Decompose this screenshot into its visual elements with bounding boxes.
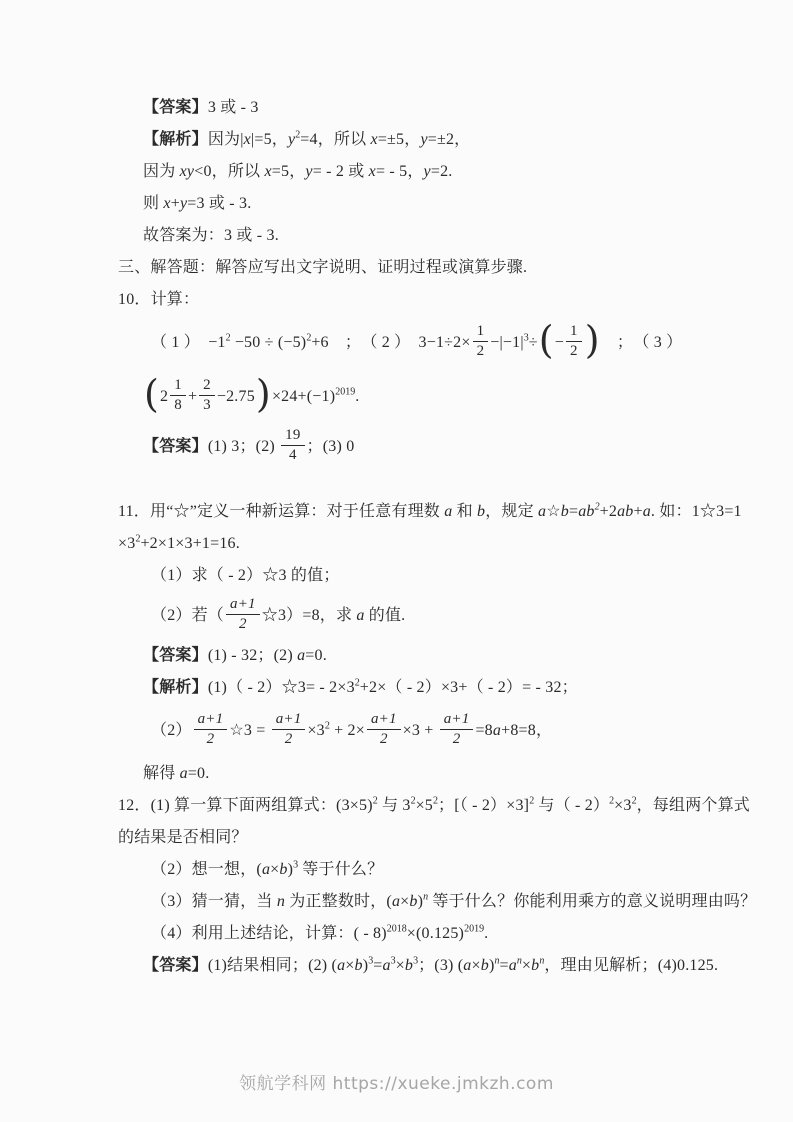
- math-variable: a: [262, 861, 270, 878]
- math-variable: xy: [180, 163, 195, 180]
- text-run: +6 ； （ 2 ） 3−1÷2×: [311, 334, 470, 351]
- q11-answer: 【答案】(1) - 32；(2) a=0.: [118, 640, 763, 672]
- text-run: 11．用“☆”定义一种新运算：对于任意有理数: [118, 503, 444, 520]
- math-variable: ab: [617, 503, 633, 520]
- text-run: （1）求（ - 2）☆3 的值；: [151, 567, 340, 584]
- math-variable: x: [163, 195, 170, 212]
- text-run: = - 5，: [376, 163, 424, 180]
- math-variable: a: [463, 957, 471, 974]
- text-run: ×24+(−1): [272, 388, 335, 405]
- text-run: =: [499, 957, 508, 974]
- text-run: =0.: [188, 765, 210, 782]
- text-run: =: [569, 503, 578, 520]
- q9-analysis-3: 则 x+y=3 或 - 3.: [118, 188, 763, 220]
- big-paren: ): [585, 323, 600, 357]
- math-variable: b: [409, 893, 417, 910]
- watermark-text: 领航学科网 https://xueke.jmkzh.com: [239, 1074, 554, 1094]
- text-run: 3 或 - 3: [208, 99, 259, 116]
- q12-statement-2: 的结果是否相同？: [118, 822, 763, 854]
- math-variable: y: [424, 163, 431, 180]
- math-variable: b: [405, 957, 413, 974]
- text-run: ×: [270, 861, 279, 878]
- q9-analysis-2: 因为 xy<0，所以 x=5，y= - 2 或 x= - 5，y=2.: [118, 156, 763, 188]
- text-run: 故答案为：3 或 - 3.: [143, 227, 279, 244]
- text-run: 等于什么？: [298, 861, 383, 878]
- text-run: . 如：1☆3=1: [651, 503, 742, 520]
- text-run: （3）猜一猜，当: [151, 893, 277, 910]
- text-run: =0.: [305, 647, 327, 664]
- text-run: ☆3 =: [229, 722, 269, 739]
- text-run: +2: [600, 503, 617, 520]
- text-run: ×: [522, 957, 531, 974]
- q12-part4: （4）利用上述结论，计算：( - 8)2018×(0.125)2019.: [118, 918, 763, 950]
- q11-statement-2: ×32+2×1×3+1=16.: [118, 528, 763, 560]
- text-run: =5，: [272, 163, 306, 180]
- q10-answer: 【答案】(1) 3；(2) 194；(3) 0: [118, 424, 763, 470]
- text-run: + 2×: [330, 722, 365, 739]
- text-run: ☆: [546, 503, 561, 520]
- math-variable: b: [279, 861, 287, 878]
- text-run: ×3: [307, 722, 324, 739]
- text-run: ×3 +: [403, 722, 438, 739]
- math-variable: a: [392, 893, 400, 910]
- math-variable: a: [356, 607, 364, 624]
- math-variable: y: [305, 163, 312, 180]
- bold-label: 【答案】: [143, 438, 208, 455]
- bold-label: 【答案】: [143, 957, 208, 974]
- q10-expressions: （ 1 ） −12 −50 ÷ (−5)2+6 ； （ 2 ） 3−1÷2×12…: [118, 316, 763, 370]
- text-run: 10．计算：: [118, 291, 199, 308]
- math-variable: n: [277, 893, 285, 910]
- bold-label: 【解析】: [143, 131, 208, 148]
- text-run: 因为: [143, 163, 180, 180]
- text-run: 等于什么？你能利用乘方的意义说明理由吗？: [428, 893, 756, 910]
- math-variable: x: [371, 131, 378, 148]
- text-run: −: [555, 334, 564, 351]
- fraction: a+12: [226, 596, 260, 632]
- math-variable: a: [180, 765, 188, 782]
- site-watermark: 领航学科网 https://xueke.jmkzh.com: [0, 1069, 793, 1094]
- superscript: 2019: [464, 924, 484, 935]
- q9-answer: 【答案】3 或 - 3: [118, 92, 763, 124]
- text-run: (1)结果相同；(2) (: [208, 957, 337, 974]
- fraction: a+12: [272, 711, 306, 747]
- text-run: （2）若（: [151, 607, 224, 624]
- q10-title: 10．计算：: [118, 284, 763, 316]
- math-variable: x: [369, 163, 376, 180]
- q10-expression-3: (218+23−2.75)×24+(−1)2019.: [118, 370, 763, 424]
- fraction: 23: [199, 377, 215, 413]
- text-run: ，理由见解析；(4)0.125.: [544, 957, 718, 974]
- text-run: =±5，: [378, 131, 421, 148]
- math-variable: a: [509, 957, 517, 974]
- q11-statement-1: 11．用“☆”定义一种新运算：对于任意有理数 a 和 b，规定 a☆b=ab2+…: [118, 496, 763, 528]
- text-run: 与 3: [378, 797, 411, 814]
- math-variable: a: [382, 957, 390, 974]
- text-run: +2×1×3+1=16.: [140, 535, 240, 552]
- big-paren: ): [256, 377, 271, 411]
- text-run: ÷: [529, 334, 538, 351]
- text-run: .: [355, 388, 359, 405]
- text-run: ×(0.125): [407, 925, 464, 942]
- text-run: ； （ 3 ）: [601, 334, 683, 351]
- q12-part3: （3）猜一猜，当 n 为正整数时，(a×b)n 等于什么？你能利用乘方的意义说明…: [118, 886, 763, 918]
- text-run: +: [171, 195, 180, 212]
- text-run: −50 ÷ (−5): [231, 334, 307, 351]
- text-run: +: [633, 503, 642, 520]
- text-run: 解得: [143, 765, 180, 782]
- text-run: 因为: [208, 131, 240, 148]
- text-run: （4）利用上述结论，计算：( - 8): [151, 925, 387, 942]
- q11-analysis-3: 解得 a=0.: [118, 758, 763, 790]
- fraction: a+12: [367, 711, 401, 747]
- text-run: ；[（ - 2）×3]: [438, 797, 529, 814]
- text-run: ×: [400, 893, 409, 910]
- bold-label: 【解析】: [143, 679, 208, 696]
- text-run: ×5: [416, 797, 433, 814]
- text-run: ×3: [614, 797, 631, 814]
- math-variable: y: [420, 131, 427, 148]
- q9-analysis-1: 【解析】因为|x|=5，y2=4，所以 x=±5，y=±2，: [118, 124, 763, 156]
- text-run: −|−1|: [490, 334, 523, 351]
- text-run: （2）: [151, 722, 192, 739]
- text-run: 12．(1) 算一算下面两组算式：(3×5): [118, 797, 373, 814]
- text-run: +: [188, 388, 197, 405]
- text-run: =3 或 - 3.: [187, 195, 251, 212]
- document-page: 【答案】3 或 - 3【解析】因为|x|=5，y2=4，所以 x=±5，y=±2…: [0, 0, 793, 1122]
- big-paren: (: [144, 377, 159, 411]
- q11-part2: （2）若（a+12☆3）=8，求 a 的值.: [118, 592, 763, 640]
- q9-analysis-4: 故答案为：3 或 - 3.: [118, 220, 763, 252]
- math-variable: b: [477, 503, 485, 520]
- text-run: 2: [160, 388, 168, 405]
- math-variable: ab: [578, 503, 594, 520]
- text-run: （2）想一想，(: [151, 861, 262, 878]
- text-run: 与（ - 2）: [534, 797, 609, 814]
- fraction: 12: [473, 323, 489, 359]
- text-run: .: [484, 925, 488, 942]
- text-run: =8: [475, 722, 492, 739]
- q12-statement-1: 12．(1) 算一算下面两组算式：(3×5)2 与 32×52；[（ - 2）×…: [118, 790, 763, 822]
- document-lines: 【答案】3 或 - 3【解析】因为|x|=5，y2=4，所以 x=±5，y=±2…: [0, 0, 793, 982]
- q12-part2: （2）想一想，(a×b)3 等于什么？: [118, 854, 763, 886]
- text-run: 的值.: [365, 607, 406, 624]
- text-run: ×: [396, 957, 405, 974]
- math-variable: x: [244, 131, 251, 148]
- text-run: +8=8，: [501, 722, 552, 739]
- text-run: (1) 3；(2): [208, 438, 279, 455]
- text-run: =2.: [431, 163, 453, 180]
- bold-label: 【答案】: [143, 647, 208, 664]
- text-run: (1)（ - 2）☆3= - 2×3: [208, 679, 355, 696]
- fraction: 18: [170, 377, 186, 413]
- fraction: a+12: [440, 711, 474, 747]
- text-run: (1) - 32；(2): [208, 647, 297, 664]
- big-paren: (: [539, 323, 554, 357]
- q11-part1: （1）求（ - 2）☆3 的值；: [118, 560, 763, 592]
- text-run: 的结果是否相同？: [118, 829, 248, 846]
- section-3-heading: 三、解答题：解答应写出文字说明、证明过程或演算步骤.: [118, 252, 763, 284]
- superscript: 2019: [335, 387, 355, 398]
- text-run: ，每组两个算式: [637, 797, 750, 814]
- math-variable: a: [643, 503, 651, 520]
- math-variable: b: [355, 957, 363, 974]
- superscript: 2018: [387, 924, 407, 935]
- text-run: ；(3) 0: [307, 438, 355, 455]
- fraction: 12: [566, 323, 582, 359]
- q11-analysis-2: （2）a+12☆3 = a+12×32 + 2×a+12×3 + a+12=8a…: [118, 704, 763, 758]
- text-run: ☆3）=8，求: [262, 607, 357, 624]
- text-run: =±2，: [428, 131, 471, 148]
- bold-label: 【答案】: [143, 99, 208, 116]
- math-variable: a: [493, 722, 501, 739]
- text-run: |=5，: [251, 131, 288, 148]
- math-variable: b: [561, 503, 569, 520]
- text-run: ；(3) (: [418, 957, 463, 974]
- text-run: ，规定: [485, 503, 538, 520]
- text-run: ×3: [118, 535, 135, 552]
- text-run: +2×（ - 2）×3+（ - 2）= - 32；: [360, 679, 578, 696]
- math-variable: b: [481, 957, 489, 974]
- text-run: −2.75: [217, 388, 255, 405]
- q11-analysis-1: 【解析】(1)（ - 2）☆3= - 2×32+2×（ - 2）×3+（ - 2…: [118, 672, 763, 704]
- math-variable: x: [264, 163, 271, 180]
- text-run: <0，所以: [194, 163, 264, 180]
- text-run: = - 2 或: [313, 163, 369, 180]
- fraction: 194: [281, 427, 304, 463]
- text-run: （ 1 ） −1: [151, 334, 226, 351]
- text-run: 三、解答题：解答应写出文字说明、证明过程或演算步骤.: [118, 259, 527, 276]
- text-run: 则: [143, 195, 163, 212]
- text-run: ×: [472, 957, 481, 974]
- text-run: 为正整数时，(: [285, 893, 392, 910]
- text-run: ×: [345, 957, 354, 974]
- text-run: =4，所以: [300, 131, 370, 148]
- q12-answer: 【答案】(1)结果相同；(2) (a×b)3=a3×b3；(3) (a×b)n=…: [118, 950, 763, 982]
- fraction: a+12: [194, 711, 228, 747]
- text-run: 和: [452, 503, 477, 520]
